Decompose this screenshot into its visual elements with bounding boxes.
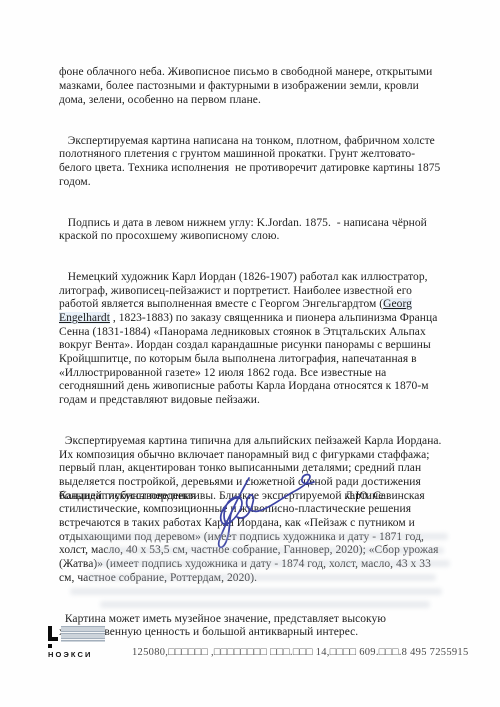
handwritten-signature-icon	[197, 472, 322, 554]
expert-title-label: Кандидат искусствоведения	[59, 490, 196, 502]
logo-mark-icon	[48, 626, 105, 648]
logo-dot-icon	[48, 644, 52, 648]
logo-text: НОЭКСИ	[48, 650, 92, 659]
footer-contact-line: 125080,□□□□□□ ,□□□□□□□□ □□□.□□□ 14,□□□□ …	[132, 647, 469, 658]
paragraph-artist-biography: Немецкий художник Карл Иордан (1826-1907…	[59, 271, 441, 408]
biography-text-after-link: , 1823-1883) по заказу священника и пион…	[59, 312, 437, 406]
signature-block: Кандидат искусствоведения Л.Ю. Савинская	[59, 490, 459, 510]
paragraph-canvas-technique: Экспертируемая картина написана на тонко…	[59, 135, 441, 190]
paragraph-signature-date: Подпись и дата в левом нижнем углу: K.Jo…	[59, 217, 441, 244]
expert-name: Л.Ю. Савинская	[345, 490, 425, 502]
paragraph-conclusion: Картина может иметь музейное значение, п…	[59, 613, 441, 640]
document-page: фоне облачного неба. Живописное письмо в…	[0, 0, 500, 707]
document-body-text: фоне облачного неба. Живописное письмо в…	[59, 39, 441, 667]
biography-text-before-link: Немецкий художник Карл Иордан (1826-1907…	[59, 271, 428, 310]
logo-stripes-icon	[61, 626, 105, 642]
paragraph-painting-description: фоне облачного неба. Живописное письмо в…	[59, 66, 441, 107]
noeksi-logo: НОЭКСИ	[48, 626, 108, 660]
logo-letter-l-icon	[48, 626, 58, 641]
